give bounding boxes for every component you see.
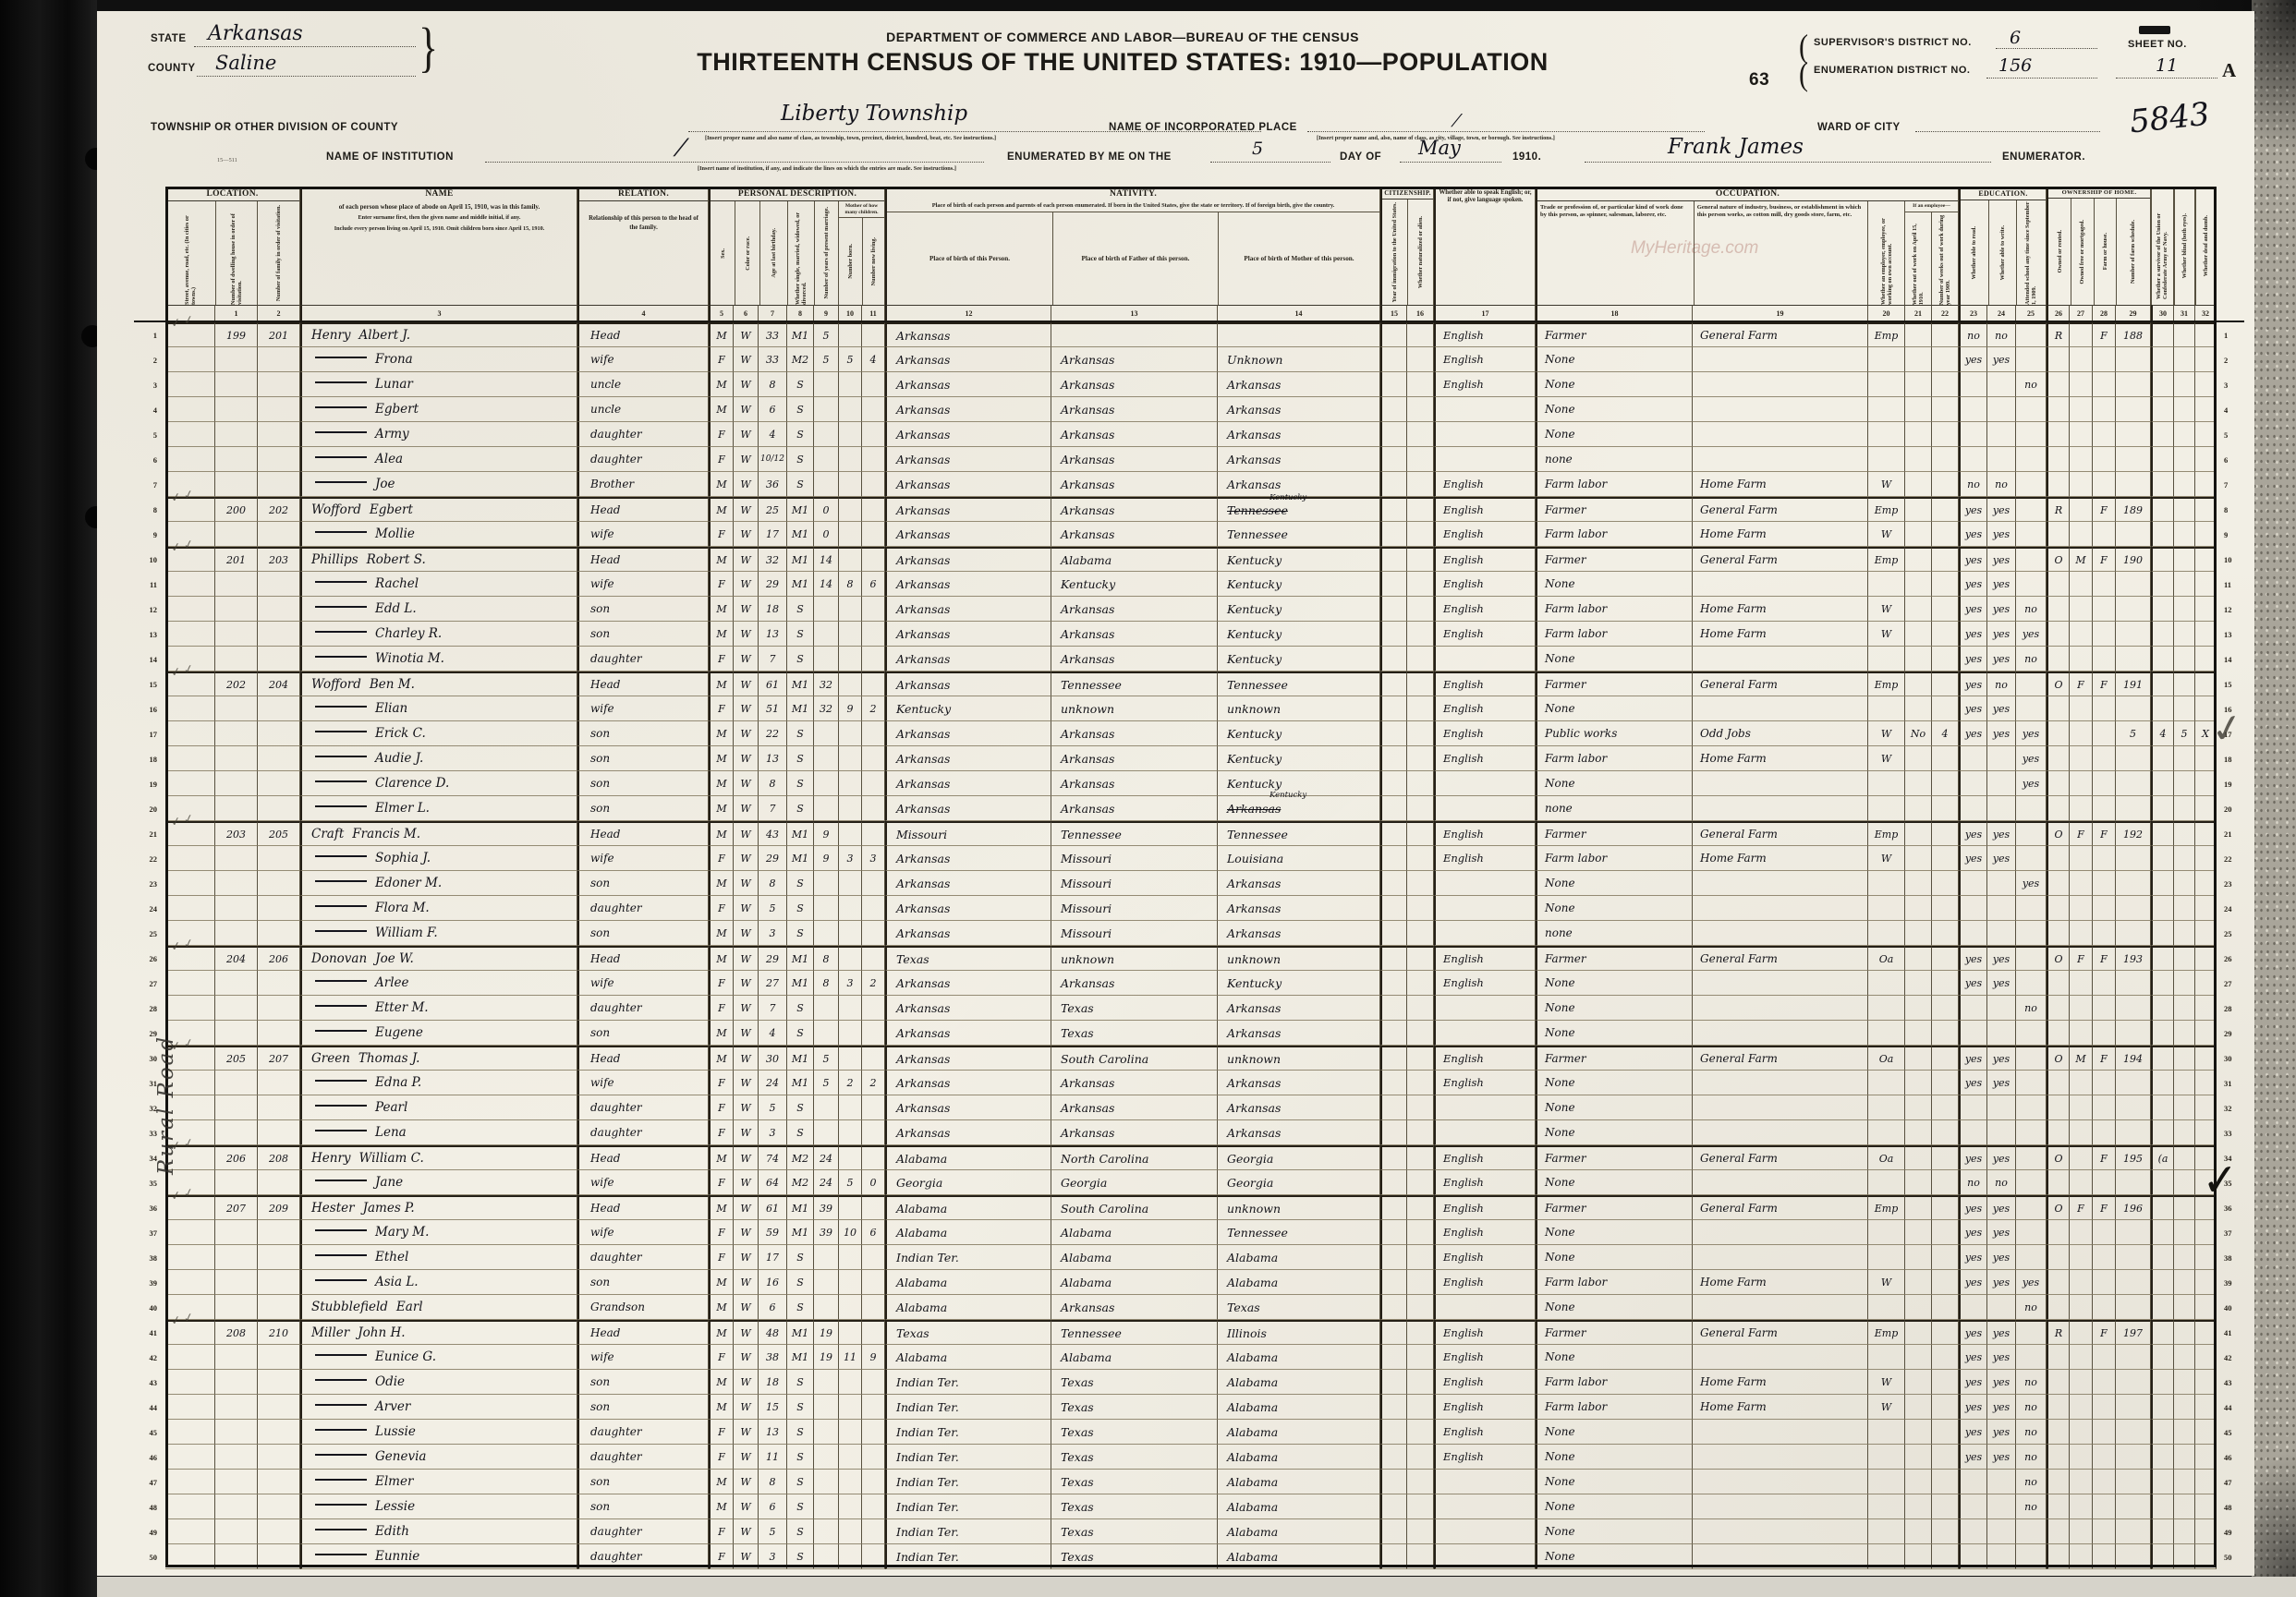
cell-pb: Arkansas — [885, 921, 1051, 946]
census-sheet: STATE Arkansas COUNTY Saline } DEPARTMEN… — [97, 11, 2254, 1576]
cell-eng: English — [1434, 1145, 1536, 1170]
table-header: LOCATION. Street, avenue, road, etc. (In… — [134, 187, 2244, 305]
cell-ym — [814, 746, 839, 771]
cell-pf: Texas — [1051, 1470, 1218, 1494]
cell-cl — [862, 447, 885, 472]
cell-eng: English — [1434, 1245, 1536, 1270]
cell-ind — [1693, 397, 1868, 422]
cell-pf: Alabama — [1051, 1270, 1218, 1295]
cell-own — [2047, 422, 2070, 447]
census-row: 15✓✓202204WoffordBen M.HeadMW61M132Arkan… — [134, 671, 2244, 696]
cell-fm — [2070, 1320, 2093, 1345]
cell-ms: M1 — [787, 522, 814, 547]
given-name: Arlee — [375, 975, 409, 990]
cell-sx: M — [709, 472, 734, 497]
cell-age: 4 — [759, 1021, 787, 1046]
cell-eng: English — [1434, 1071, 1536, 1095]
cell-rel: wife — [577, 1071, 709, 1095]
cell-pm: Arkansas — [1218, 996, 1380, 1021]
cell-fh — [2093, 1445, 2116, 1470]
cell-eng: English — [1434, 846, 1536, 871]
cell-rel: Head — [577, 671, 709, 696]
cell-ind — [1693, 1420, 1868, 1445]
cell-fm — [2070, 622, 2093, 647]
cell-cr: W — [734, 497, 759, 522]
cell-pb: Arkansas — [885, 1021, 1051, 1046]
cell-sch — [2016, 1345, 2047, 1370]
cell-imm — [1380, 1470, 1407, 1494]
cell-ind — [1693, 1120, 1868, 1145]
cell-fh: F — [2093, 1195, 2116, 1220]
county-value: Saline — [215, 52, 276, 74]
cell-cl — [862, 671, 885, 696]
cell-imm — [1380, 921, 1407, 946]
cell-rel: son — [577, 1270, 709, 1295]
census-row: 39Asia L.sonMW16SAlabamaAlabamaAlabamaEn… — [134, 1270, 2244, 1295]
cell-own: O — [2047, 671, 2070, 696]
given-name: Pearl — [375, 1100, 407, 1115]
cell-cr: W — [734, 696, 759, 721]
cell-age: 61 — [759, 1195, 787, 1220]
cell-ind — [1693, 1021, 1868, 1046]
cell-bl — [2174, 547, 2195, 572]
cell-fh — [2093, 1270, 2116, 1295]
ditto-dash — [315, 1105, 367, 1107]
cell-wk — [1932, 1519, 1959, 1544]
cell-fn — [2116, 971, 2151, 996]
cell-nm: Arver — [300, 1395, 577, 1420]
cell-df — [2195, 1544, 2217, 1569]
cell-bl — [2174, 1544, 2195, 1569]
cell-st — [165, 422, 215, 447]
cell-own — [2047, 347, 2070, 372]
cell-sx: F — [709, 971, 734, 996]
cell-wk — [1932, 1145, 1959, 1170]
cell-wk — [1932, 372, 1959, 397]
cell-pf: Arkansas — [1051, 397, 1218, 422]
cell-trd: None — [1536, 1170, 1693, 1195]
cell-age: 11 — [759, 1445, 787, 1470]
row-number-left: 36 — [134, 1195, 165, 1220]
cell-df — [2195, 1120, 2217, 1145]
cell-cl — [862, 996, 885, 1021]
row-number-right: 12 — [2217, 597, 2244, 622]
col-children-living: Number now living. — [862, 218, 885, 305]
cell-ms: S — [787, 1095, 814, 1120]
cell-fam — [258, 996, 300, 1021]
row-number-right: 48 — [2217, 1494, 2244, 1519]
cell-imm — [1380, 1420, 1407, 1445]
cell-sch — [2016, 1046, 2047, 1071]
institution-note: [Insert name of institution, if any, and… — [698, 165, 1086, 172]
census-row: 50EunniedaughterFW3SIndian Ter.TexasAlab… — [134, 1544, 2244, 1569]
cell-sx: M — [709, 946, 734, 971]
cell-nm: DonovanJoe W. — [300, 946, 577, 971]
cell-dw — [215, 622, 258, 647]
cell-fam — [258, 622, 300, 647]
cell-imm — [1380, 871, 1407, 896]
cell-ym: 39 — [814, 1195, 839, 1220]
cell-bl — [2174, 422, 2195, 447]
cell-cb — [839, 1445, 862, 1470]
cell-ym: 14 — [814, 547, 839, 572]
cell-cl — [862, 921, 885, 946]
cell-rel: son — [577, 1494, 709, 1519]
institution-label: NAME OF INSTITUTION — [326, 151, 454, 163]
cell-cl: 2 — [862, 1071, 885, 1095]
cell-eng: English — [1434, 721, 1536, 746]
cell-cr: W — [734, 1494, 759, 1519]
cell-own: O — [2047, 547, 2070, 572]
cell-wr: yes — [1987, 971, 2016, 996]
ditto-dash — [315, 1479, 367, 1481]
ditto-dash — [315, 631, 367, 633]
cell-wr — [1987, 1494, 2016, 1519]
cell-emp — [1868, 397, 1905, 422]
supervisor-rule — [1996, 48, 2097, 49]
pob-mother-value: Kentucky — [1227, 602, 1282, 616]
cell-df — [2195, 1220, 2217, 1245]
cell-pf: Texas — [1051, 1544, 1218, 1569]
census-row: 33LenadaughterFW3SArkansasArkansasArkans… — [134, 1120, 2244, 1145]
cell-df — [2195, 347, 2217, 372]
cell-ow — [1905, 1195, 1932, 1220]
pob-mother-correction: Kentucky — [1269, 791, 1306, 800]
cell-wk — [1932, 1071, 1959, 1095]
cell-eng — [1434, 771, 1536, 796]
row-number-left: 5 — [134, 422, 165, 447]
cell-own — [2047, 1095, 2070, 1120]
cell-pm: Tennessee — [1218, 821, 1380, 846]
cell-cb — [839, 921, 862, 946]
row-number-right: 9 — [2217, 522, 2244, 547]
col-children-born: Number born. — [839, 218, 861, 305]
cell-emp — [1868, 647, 1905, 671]
cell-df — [2195, 522, 2217, 547]
cell-bl — [2174, 896, 2195, 921]
cell-ym — [814, 1544, 839, 1569]
cell-st — [165, 347, 215, 372]
cell-fam — [258, 1245, 300, 1270]
cell-ow — [1905, 971, 1932, 996]
cell-pf: Texas — [1051, 1420, 1218, 1445]
cell-fh: F — [2093, 322, 2116, 347]
cell-pf: Arkansas — [1051, 347, 1218, 372]
cell-bl — [2174, 347, 2195, 372]
row-number-left: 4 — [134, 397, 165, 422]
cell-vet — [2151, 597, 2174, 622]
cell-trd: Farm labor — [1536, 622, 1693, 647]
cell-rel: son — [577, 1370, 709, 1395]
cell-wk — [1932, 1046, 1959, 1071]
cell-ind: Home Farm — [1693, 622, 1868, 647]
pencil-check: ✓ — [2200, 1154, 2241, 1208]
census-row: 6AleadaughterFW10/12SArkansasArkansasArk… — [134, 447, 2244, 472]
cell-imm — [1380, 696, 1407, 721]
col-naturalized: Whether naturalized or alien. — [1407, 200, 1433, 305]
cell-emp: W — [1868, 1270, 1905, 1295]
cell-nm: Sophia J. — [300, 846, 577, 871]
cell-vet — [2151, 796, 2174, 821]
cell-trd: None — [1536, 397, 1693, 422]
cell-trd: None — [1536, 1470, 1693, 1494]
cell-nm: StubblefieldEarl — [300, 1295, 577, 1320]
cell-eng — [1434, 1295, 1536, 1320]
cell-st — [165, 1420, 215, 1445]
cell-pf: Alabama — [1051, 1220, 1218, 1245]
place-rule — [1307, 131, 1705, 132]
cell-cr: W — [734, 1046, 759, 1071]
cell-df — [2195, 572, 2217, 597]
cell-pf: Arkansas — [1051, 971, 1218, 996]
group-relation-title: RELATION. — [579, 187, 708, 201]
cell-nm: PhillipsRobert S. — [300, 547, 577, 572]
cell-emp — [1868, 1470, 1905, 1494]
cell-nat — [1407, 1095, 1434, 1120]
cell-cb: 3 — [839, 846, 862, 871]
cell-nat — [1407, 1320, 1434, 1345]
col-pob-person: Place of birth of this Person. — [887, 212, 1052, 305]
group-location-title: LOCATION. — [165, 187, 299, 201]
header-spacer-right — [2217, 187, 2244, 305]
cell-ym — [814, 1494, 839, 1519]
cell-trd: Farmer — [1536, 547, 1693, 572]
cell-fam — [258, 447, 300, 472]
cell-fn: 193 — [2116, 946, 2151, 971]
cell-cb — [839, 771, 862, 796]
cell-bl — [2174, 522, 2195, 547]
cell-own — [2047, 846, 2070, 871]
cell-cb: 5 — [839, 1170, 862, 1195]
cell-pm: Kentucky — [1218, 622, 1380, 647]
cell-pb: Arkansas — [885, 447, 1051, 472]
cell-ym — [814, 647, 839, 671]
cell-df — [2195, 1295, 2217, 1320]
row-number-right: 41 — [2217, 1320, 2244, 1345]
row-number-left: 48 — [134, 1494, 165, 1519]
cell-ow — [1905, 1295, 1932, 1320]
cell-fm — [2070, 1170, 2093, 1195]
cell-eng: English — [1434, 372, 1536, 397]
cell-pb: Texas — [885, 1320, 1051, 1345]
cell-fm — [2070, 397, 2093, 422]
cell-pb: Arkansas — [885, 322, 1051, 347]
cell-rel: son — [577, 721, 709, 746]
cell-fm — [2070, 796, 2093, 821]
cell-ms: S — [787, 447, 814, 472]
group-citizenship: CITIZENSHIP. Year of immigration to the … — [1380, 187, 1434, 305]
cell-sx: M — [709, 1295, 734, 1320]
cell-ym: 9 — [814, 821, 839, 846]
cell-fm — [2070, 572, 2093, 597]
cell-eng: English — [1434, 1445, 1536, 1470]
cell-fm — [2070, 422, 2093, 447]
cell-cl — [862, 647, 885, 671]
cell-ind: General Farm — [1693, 671, 1868, 696]
cell-cl — [862, 372, 885, 397]
cell-fm — [2070, 1095, 2093, 1120]
cell-fm — [2070, 846, 2093, 871]
cell-dw — [215, 1270, 258, 1295]
given-name: Edoner M. — [375, 876, 442, 890]
cell-ym: 9 — [814, 846, 839, 871]
cell-nm: Edd L. — [300, 597, 577, 622]
cell-pf — [1051, 322, 1218, 347]
cell-sx: M — [709, 497, 734, 522]
cell-ms: S — [787, 472, 814, 497]
census-row: 3LunaruncleMW8SArkansasArkansasArkansasE… — [134, 372, 2244, 397]
cell-st: ✓✓ — [165, 1320, 215, 1345]
cell-own — [2047, 1519, 2070, 1544]
cell-cb — [839, 1046, 862, 1071]
cell-cl — [862, 1145, 885, 1170]
cell-nat — [1407, 821, 1434, 846]
cell-vet — [2151, 871, 2174, 896]
header-spacer-left — [134, 187, 165, 305]
cell-ms: M1 — [787, 946, 814, 971]
cell-dw — [215, 771, 258, 796]
cell-fm: F — [2070, 946, 2093, 971]
pob-mother-value: unknown — [1227, 1202, 1281, 1216]
cell-cr: W — [734, 1470, 759, 1494]
cell-bl — [2174, 1295, 2195, 1320]
ditto-dash — [315, 1454, 367, 1456]
cell-wr — [1987, 397, 2016, 422]
cell-rd — [1959, 796, 1987, 821]
cell-ow — [1905, 322, 1932, 347]
cell-cr: W — [734, 871, 759, 896]
cell-rd — [1959, 422, 1987, 447]
cell-pf: Alabama — [1051, 1345, 1218, 1370]
cell-rel: daughter — [577, 1519, 709, 1544]
department-line: DEPARTMENT OF COMMERCE AND LABOR—BUREAU … — [531, 30, 1714, 44]
cell-sx: M — [709, 1494, 734, 1519]
given-name: Frona — [375, 352, 413, 367]
cell-rd: yes — [1959, 1220, 1987, 1245]
surname: Phillips — [311, 552, 358, 567]
sheet-value: 11 — [2156, 55, 2178, 76]
cell-vet: 4 — [2151, 721, 2174, 746]
cell-wk — [1932, 846, 1959, 871]
cell-bl — [2174, 1519, 2195, 1544]
cell-age: 33 — [759, 322, 787, 347]
cell-st: ✓✓ — [165, 1195, 215, 1220]
cell-ind: Home Farm — [1693, 846, 1868, 871]
cell-nm: Elmer — [300, 1470, 577, 1494]
cell-age: 17 — [759, 1245, 787, 1270]
row-number-left: 17 — [134, 721, 165, 746]
row-number-right: 1 — [2217, 322, 2244, 347]
census-row: 14Winotia M.daughterFW7SArkansasArkansas… — [134, 647, 2244, 671]
cell-cb — [839, 1245, 862, 1270]
pob-mother-value: Illinois — [1227, 1326, 1267, 1340]
pob-mother-value: Arkansas — [1227, 1101, 1281, 1115]
cell-fn — [2116, 1470, 2151, 1494]
cell-pm: Illinois — [1218, 1320, 1380, 1345]
cell-nat — [1407, 921, 1434, 946]
given-name: William F. — [375, 926, 438, 940]
row-number-right: 28 — [2217, 996, 2244, 1021]
given-name: Rachel — [375, 576, 419, 591]
cell-age: 48 — [759, 1320, 787, 1345]
cell-wk — [1932, 1470, 1959, 1494]
pob-mother-value: Alabama — [1227, 1251, 1278, 1264]
cell-nm: Rachel — [300, 572, 577, 597]
cell-bl — [2174, 1245, 2195, 1270]
cell-dw — [215, 1519, 258, 1544]
cell-cb — [839, 422, 862, 447]
cell-emp — [1868, 1021, 1905, 1046]
cell-fh — [2093, 1494, 2116, 1519]
cell-sch — [2016, 1145, 2047, 1170]
cell-bl — [2174, 1071, 2195, 1095]
cell-wk — [1932, 746, 1959, 771]
cell-dw — [215, 1120, 258, 1145]
cell-trd: None — [1536, 1245, 1693, 1270]
cell-ym — [814, 472, 839, 497]
cell-ow — [1905, 1370, 1932, 1395]
cell-age: 29 — [759, 846, 787, 871]
cell-pf: Texas — [1051, 1494, 1218, 1519]
pob-mother-value: Kentucky — [1227, 652, 1282, 666]
cell-trd: Farmer — [1536, 946, 1693, 971]
cell-trd: None — [1536, 896, 1693, 921]
enumeration-label: ENUMERATION DISTRICT NO. — [1814, 65, 1970, 76]
cell-rd: no — [1959, 472, 1987, 497]
cell-bl — [2174, 1046, 2195, 1071]
census-row: 37Mary M.wifeFW59M139106AlabamaAlabamaTe… — [134, 1220, 2244, 1245]
column-number: 18 — [1536, 305, 1693, 321]
cell-own — [2047, 1120, 2070, 1145]
col-age: Age at last birthday. — [759, 201, 787, 305]
cell-st: ✓✓ — [165, 497, 215, 522]
cell-ym — [814, 1470, 839, 1494]
cell-ind — [1693, 871, 1868, 896]
cell-vet — [2151, 1445, 2174, 1470]
cell-nat — [1407, 647, 1434, 671]
cell-pf: Arkansas — [1051, 597, 1218, 622]
pob-mother-value: Alabama — [1227, 1400, 1278, 1414]
cell-nat — [1407, 1245, 1434, 1270]
cell-wk — [1932, 1395, 1959, 1420]
column-number: 11 — [862, 305, 885, 321]
cell-age: 5 — [759, 1095, 787, 1120]
cell-bl — [2174, 597, 2195, 622]
col-write: Whether able to write. — [1988, 200, 2016, 305]
county-rule — [197, 76, 416, 77]
cell-nm: Frona — [300, 347, 577, 372]
cell-bl — [2174, 971, 2195, 996]
cell-nat — [1407, 1420, 1434, 1445]
cell-dw — [215, 696, 258, 721]
cell-vet — [2151, 1295, 2174, 1320]
cell-wr: yes — [1987, 946, 2016, 971]
census-row: 43OdiesonMW18SIndian Ter.TexasAlabamaEng… — [134, 1370, 2244, 1395]
cell-ow — [1905, 1170, 1932, 1195]
column-number: 2 — [258, 305, 300, 321]
row-number-right: 2 — [2217, 347, 2244, 372]
cell-sch: no — [2016, 1445, 2047, 1470]
cell-age: 16 — [759, 1270, 787, 1295]
cell-cr: W — [734, 1295, 759, 1320]
cell-cr: W — [734, 647, 759, 671]
cell-age: 24 — [759, 1071, 787, 1095]
cell-cr: W — [734, 1170, 759, 1195]
cell-fh — [2093, 572, 2116, 597]
cell-fn — [2116, 871, 2151, 896]
cell-df — [2195, 397, 2217, 422]
cell-emp — [1868, 1519, 1905, 1544]
